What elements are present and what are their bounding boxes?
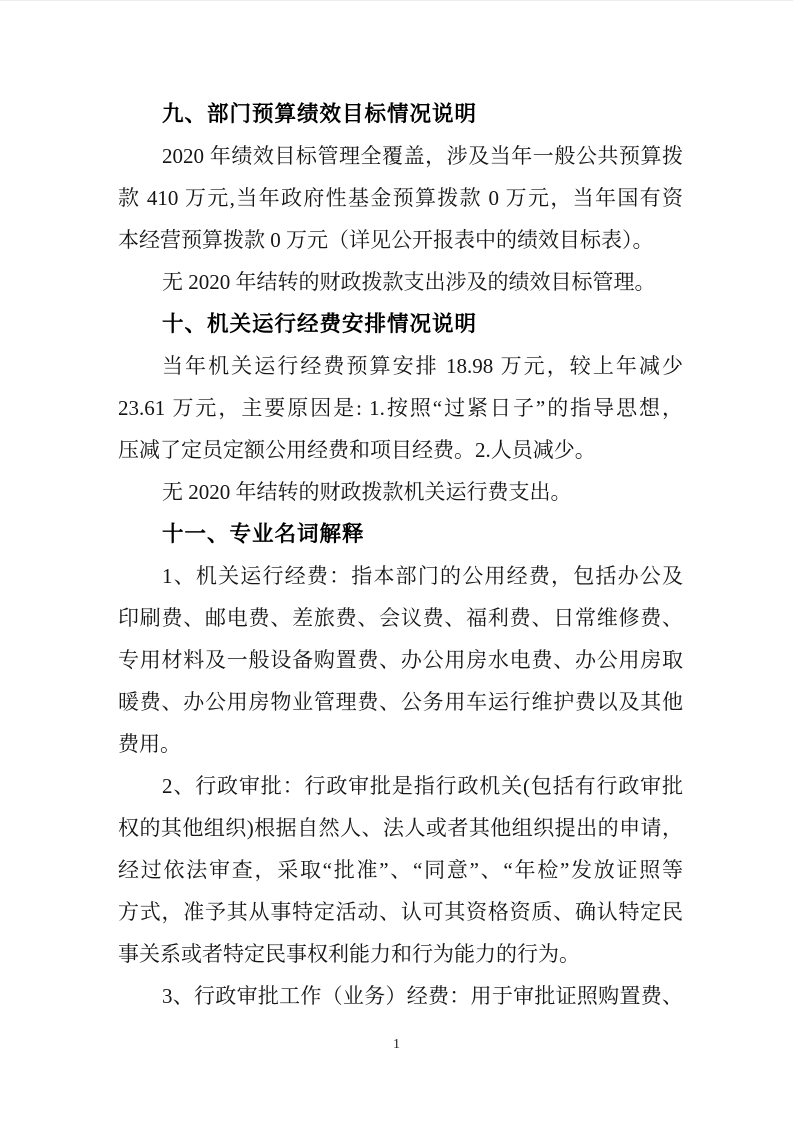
section-heading-10: 十、机关运行经费安排情况说明: [118, 303, 683, 345]
paragraph-line: 印刷费、邮电费、差旅费、会议费、福利费、日常维修费、: [118, 597, 683, 639]
paragraph-line: 23.61 万元，主要原因是: 1.按照“过紧日子”的指导思想，: [118, 387, 683, 429]
paragraph-line: 当年机关运行经费预算安排 18.98 万元，较上年减少: [118, 345, 683, 387]
page-number: 1: [0, 1035, 793, 1055]
paragraph-line: 专用材料及一般设备购置费、办公用房水电费、办公用房取: [118, 639, 683, 681]
paragraph-line: 1、机关运行经费：指本部门的公用经费，包括办公及: [118, 555, 683, 597]
document-page: 九、部门预算绩效目标情况说明 2020 年绩效目标管理全覆盖，涉及当年一般公共预…: [0, 0, 793, 1122]
section-heading-9: 九、部门预算绩效目标情况说明: [118, 93, 683, 135]
document-body: 九、部门预算绩效目标情况说明 2020 年绩效目标管理全覆盖，涉及当年一般公共预…: [118, 93, 683, 1017]
paragraph-line: 3、行政审批工作（业务）经费：用于审批证照购置费、: [118, 975, 683, 1017]
paragraph-line: 无 2020 年结转的财政拨款机关运行费支出。: [118, 471, 683, 513]
paragraph-line: 方式，准予其从事特定活动、认可其资格资质、确认特定民: [118, 891, 683, 933]
paragraph-line: 权的其他组织)根据自然人、法人或者其他组织提出的申请，: [118, 807, 683, 849]
paragraph-line: 2、行政审批：行政审批是指行政机关(包括有行政审批: [118, 765, 683, 807]
paragraph-line: 经过依法审查，采取“批准”、“同意”、“年检”发放证照等: [118, 849, 683, 891]
paragraph-line: 事关系或者特定民事权利能力和行为能力的行为。: [118, 933, 683, 975]
paragraph-line: 费用。: [118, 723, 683, 765]
section-heading-11: 十一、专业名词解释: [118, 513, 683, 555]
paragraph-line: 本经营预算拨款 0 万元（详见公开报表中的绩效目标表）。: [118, 219, 683, 261]
paragraph-line: 款 410 万元,当年政府性基金预算拨款 0 万元，当年国有资: [118, 177, 683, 219]
paragraph-line: 2020 年绩效目标管理全覆盖，涉及当年一般公共预算拨: [118, 135, 683, 177]
paragraph-line: 暖费、办公用房物业管理费、公务用车运行维护费以及其他: [118, 681, 683, 723]
paragraph-line: 压减了定员定额公用经费和项目经费。2.人员减少。: [118, 429, 683, 471]
paragraph-line: 无 2020 年结转的财政拨款支出涉及的绩效目标管理。: [118, 261, 683, 303]
